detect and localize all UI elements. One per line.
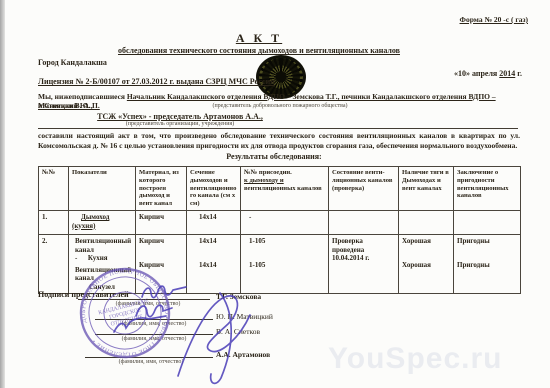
col-header-material: Материал, из которого построен дымоход и…: [136, 167, 187, 211]
scan-edge-shadow: [0, 0, 5, 388]
row2-drafts: Хорошая Хорошая: [399, 235, 454, 294]
date-year: 2014: [499, 69, 515, 78]
signatories-names-continued: и Снетков В. А.,: [38, 101, 93, 110]
row2-entry2-conclusion: Пригодны: [457, 261, 517, 270]
date-line: «10» апреля 2014 г.: [454, 69, 522, 78]
row2-state-text: Проверка проведена 10.04.2014 г.: [332, 237, 378, 263]
row2-entry1-draft: Хорошая: [402, 237, 450, 258]
section-divider-rule: [38, 128, 518, 129]
organization-line: ТСЖ «Успех» - председатель Артамонов А.А…: [60, 112, 300, 121]
row1-indicator: Дымоход (кухня): [72, 213, 109, 230]
signature-stroke-4: [178, 296, 250, 376]
col-header-section: Сечение дымоходов и вентиляционно го кан…: [187, 167, 241, 211]
act-body-paragraph: составили настоящий акт в том, что произ…: [38, 131, 520, 150]
row2-entry1-section: 14х14: [199, 237, 237, 258]
license-line: Лицензия № 2-Б/00107 от 27.03.2012 г. вы…: [38, 77, 275, 86]
signatories-caption: (представитель добровольного пожарного о…: [195, 103, 365, 109]
row2-entry1-line1: Вентиляционный канал: [75, 237, 133, 254]
row1-state: [329, 211, 399, 235]
row2-entry1-line2: - Кухня: [75, 254, 108, 262]
row1-material: Кирпич: [136, 211, 187, 235]
organization-caption: (представитель организации, учреждения): [60, 121, 300, 127]
results-heading: Результаты обследования:: [38, 152, 510, 161]
table-row-1: 1. Дымоход (кухня) Кирпич 14х14 -: [39, 211, 521, 235]
row2-entry2-draft: Хорошая: [402, 261, 450, 270]
form-number: Форма № 20 -с ( газ): [460, 15, 528, 24]
handwritten-signatures-ink: [70, 275, 330, 388]
row2-entry1-connected: 1-105: [249, 237, 325, 258]
date-prefix: «10» апреля: [454, 69, 499, 78]
row2-number: 2.: [39, 235, 69, 294]
row2-entry2-connected: 1-105: [249, 261, 325, 270]
col-header-state: Состояние венти- ляционных каналов (пров…: [329, 167, 399, 211]
document-subtitle: обследования технического состояния дымо…: [38, 46, 480, 55]
date-suffix: г.: [515, 69, 522, 78]
city-line: Город Кандалакша: [38, 58, 107, 67]
row2-entry1-material: Кирпич: [139, 237, 183, 258]
col-header-indicators: Показатели: [69, 167, 136, 211]
row2-entry1-indicator: Вентиляционный канал- Кухня: [75, 237, 132, 263]
col-header-conclusion: Заключение о пригодности вентиляционных …: [454, 167, 521, 211]
signature-stroke-2: [136, 305, 172, 316]
row2-entry1-conclusion: Пригодны: [457, 237, 517, 258]
table-header-row: №№ Показатели Материал, из которого пост…: [39, 167, 521, 211]
col-header-connected-line1: №№ присоедин.: [244, 169, 325, 177]
col-header-connected-line2: к дымоходу и: [244, 177, 325, 185]
row1-number: 1.: [39, 211, 69, 235]
document-title: А К Т: [38, 31, 480, 46]
col-header-connected-line3: вентиляционных каналов: [244, 185, 325, 193]
watermark: YouSpec.ru: [328, 342, 502, 376]
row2-conclusions: Пригодны Пригодны: [454, 235, 521, 294]
row2-entry2-section: 14х14: [199, 261, 237, 270]
row1-conclusion: [454, 211, 521, 235]
row1-section: 14х14: [187, 211, 241, 235]
row1-draft: [399, 211, 454, 235]
row2-state: Проверка проведена 10.04.2014 г.: [329, 235, 399, 294]
col-header-draft: Наличие тяги в Дымоходах и вент каналах: [399, 167, 454, 211]
signatories-lead: Мы, нижеподписавшиеся: [38, 92, 127, 101]
signature-stroke-3: [114, 316, 166, 332]
signature-stroke-1: [142, 286, 186, 298]
col-header-connected: №№ присоедин. к дымоходу и вентиляционны…: [241, 167, 329, 211]
row1-connected: -: [241, 211, 329, 235]
col-header-number: №№: [39, 167, 69, 211]
scanned-act-document: Форма № 20 -с ( газ) А К Т обследования …: [0, 0, 550, 388]
